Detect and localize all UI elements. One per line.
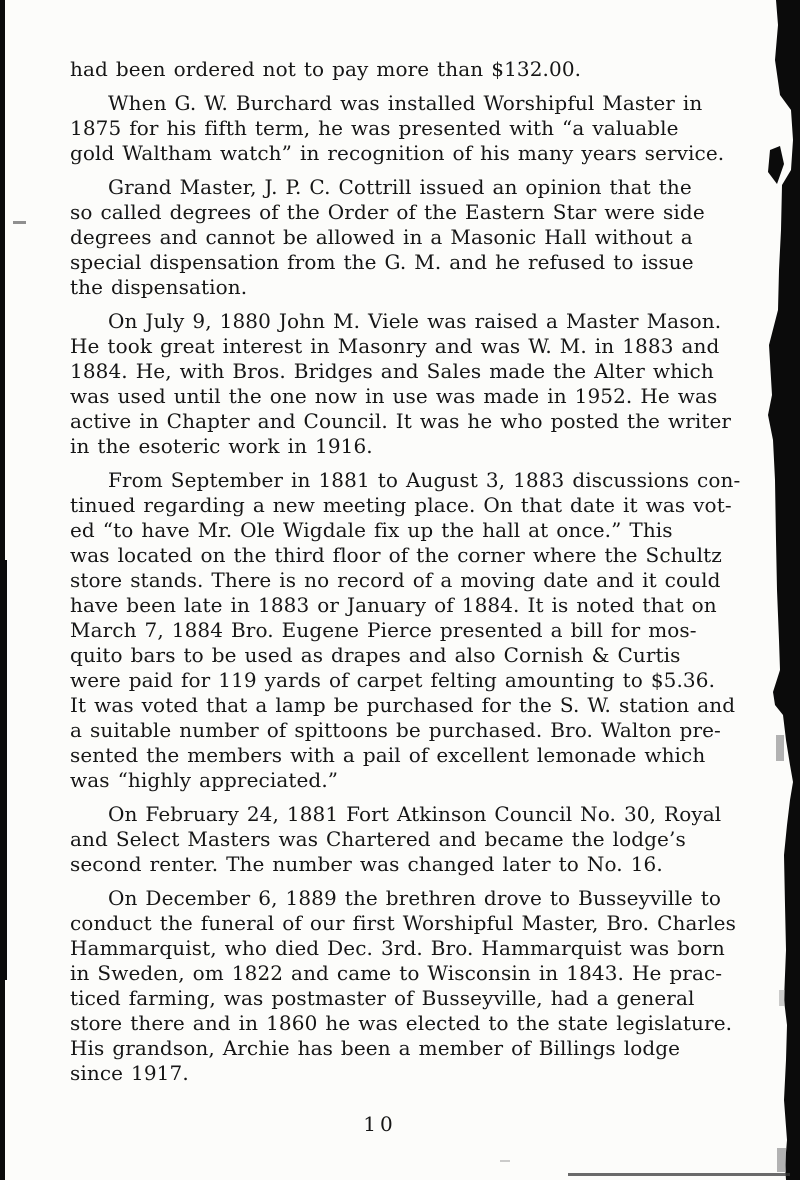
page-number: 10 xyxy=(0,1112,760,1136)
paragraph: had been ordered not to pay more than $1… xyxy=(70,57,752,82)
scan-blob xyxy=(768,146,784,184)
paragraph: From September in 1881 to August 3, 1883… xyxy=(70,468,752,793)
text-line: It was voted that a lamp be purchased fo… xyxy=(70,693,752,718)
text-line: the dispensation. xyxy=(70,275,752,300)
left-scan-border xyxy=(0,0,5,1180)
paragraph: Grand Master, J. P. C. Cottrill issued a… xyxy=(70,175,752,300)
text-line: From September in 1881 to August 3, 1883… xyxy=(70,468,752,493)
text-line: quito bars to be used as drapes and also… xyxy=(70,643,752,668)
text-line: in Sweden, om 1822 and came to Wisconsin… xyxy=(70,961,752,986)
text-line: second renter. The number was changed la… xyxy=(70,852,752,877)
text-line: since 1917. xyxy=(70,1061,752,1086)
text-line: was used until the one now in use was ma… xyxy=(70,384,752,409)
text-line: His grandson, Archie has been a member o… xyxy=(70,1036,752,1061)
text-line: store stands. There is no record of a mo… xyxy=(70,568,752,593)
text-line: tinued regarding a new meeting place. On… xyxy=(70,493,752,518)
paragraph: On July 9, 1880 John M. Viele was raised… xyxy=(70,309,752,459)
text-line: On February 24, 1881 Fort Atkinson Counc… xyxy=(70,802,752,827)
text-line: conduct the funeral of our first Worship… xyxy=(70,911,752,936)
bottom-scan-line xyxy=(568,1173,790,1176)
scanned-page: had been ordered not to pay more than $1… xyxy=(0,0,800,1180)
text-line: 1884. He, with Bros. Bridges and Sales m… xyxy=(70,359,752,384)
text-line: in the esoteric work in 1916. xyxy=(70,434,752,459)
text-line: 1875 for his fifth term, he was presente… xyxy=(70,116,752,141)
text-line: When G. W. Burchard was installed Worshi… xyxy=(70,91,752,116)
text-line: On December 6, 1889 the brethren drove t… xyxy=(70,886,752,911)
text-line: had been ordered not to pay more than $1… xyxy=(70,57,752,82)
text-line: On July 9, 1880 John M. Viele was raised… xyxy=(70,309,752,334)
text-line: was “highly appreciated.” xyxy=(70,768,752,793)
text-line: degrees and cannot be allowed in a Mason… xyxy=(70,225,752,250)
text-line: have been late in 1883 or January of 188… xyxy=(70,593,752,618)
text-line: and Select Masters was Chartered and bec… xyxy=(70,827,752,852)
text-line: was located on the third floor of the co… xyxy=(70,543,752,568)
text-line: ticed farming, was postmaster of Busseyv… xyxy=(70,986,752,1011)
text-line: store there and in 1860 he was elected t… xyxy=(70,1011,752,1036)
paragraph: On December 6, 1889 the brethren drove t… xyxy=(70,886,752,1086)
body-text: had been ordered not to pay more than $1… xyxy=(70,57,752,1095)
right-scan-border xyxy=(768,0,800,1180)
text-line: gold Waltham watch” in recognition of hi… xyxy=(70,141,752,166)
text-line: active in Chapter and Council. It was he… xyxy=(70,409,752,434)
text-line: a suitable number of spittoons be purcha… xyxy=(70,718,752,743)
text-line: He took great interest in Masonry and wa… xyxy=(70,334,752,359)
text-line: were paid for 119 yards of carpet feltin… xyxy=(70,668,752,693)
text-line: Hammarquist, who died Dec. 3rd. Bro. Ham… xyxy=(70,936,752,961)
text-line: sented the members with a pail of excell… xyxy=(70,743,752,768)
text-line: March 7, 1884 Bro. Eugene Pierce present… xyxy=(70,618,752,643)
paragraph: When G. W. Burchard was installed Worshi… xyxy=(70,91,752,166)
text-line: special dispensation from the G. M. and … xyxy=(70,250,752,275)
stray-mark xyxy=(13,221,26,224)
paragraph: On February 24, 1881 Fort Atkinson Counc… xyxy=(70,802,752,877)
text-line: so called degrees of the Order of the Ea… xyxy=(70,200,752,225)
text-line: Grand Master, J. P. C. Cottrill issued a… xyxy=(70,175,752,200)
text-line: ed “to have Mr. Ole Wigdale fix up the h… xyxy=(70,518,752,543)
